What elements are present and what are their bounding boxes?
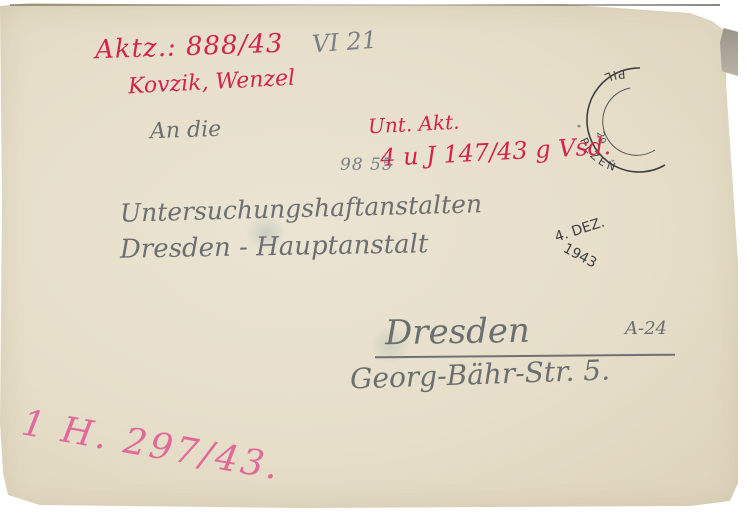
pencil-note: VI 21 [311, 26, 378, 58]
postmark-top-text: PIL [601, 67, 626, 86]
stamped-number: 98 55 [340, 155, 394, 175]
red-label: Unt. Akt. [367, 110, 460, 139]
postmark-stamp: PIL PLZEŇ 29 * [565, 60, 685, 180]
address-line-2: Dresden - Hauptanstalt [120, 229, 429, 264]
torn-flap [720, 28, 738, 76]
svg-text:*: * [577, 123, 581, 132]
address-postal-district: A-24 [625, 318, 667, 339]
envelope-top-edge [10, 4, 720, 6]
address-city: Dresden [385, 311, 531, 354]
svg-text:PIL: PIL [601, 67, 626, 86]
address-salutation: An die [150, 117, 222, 144]
